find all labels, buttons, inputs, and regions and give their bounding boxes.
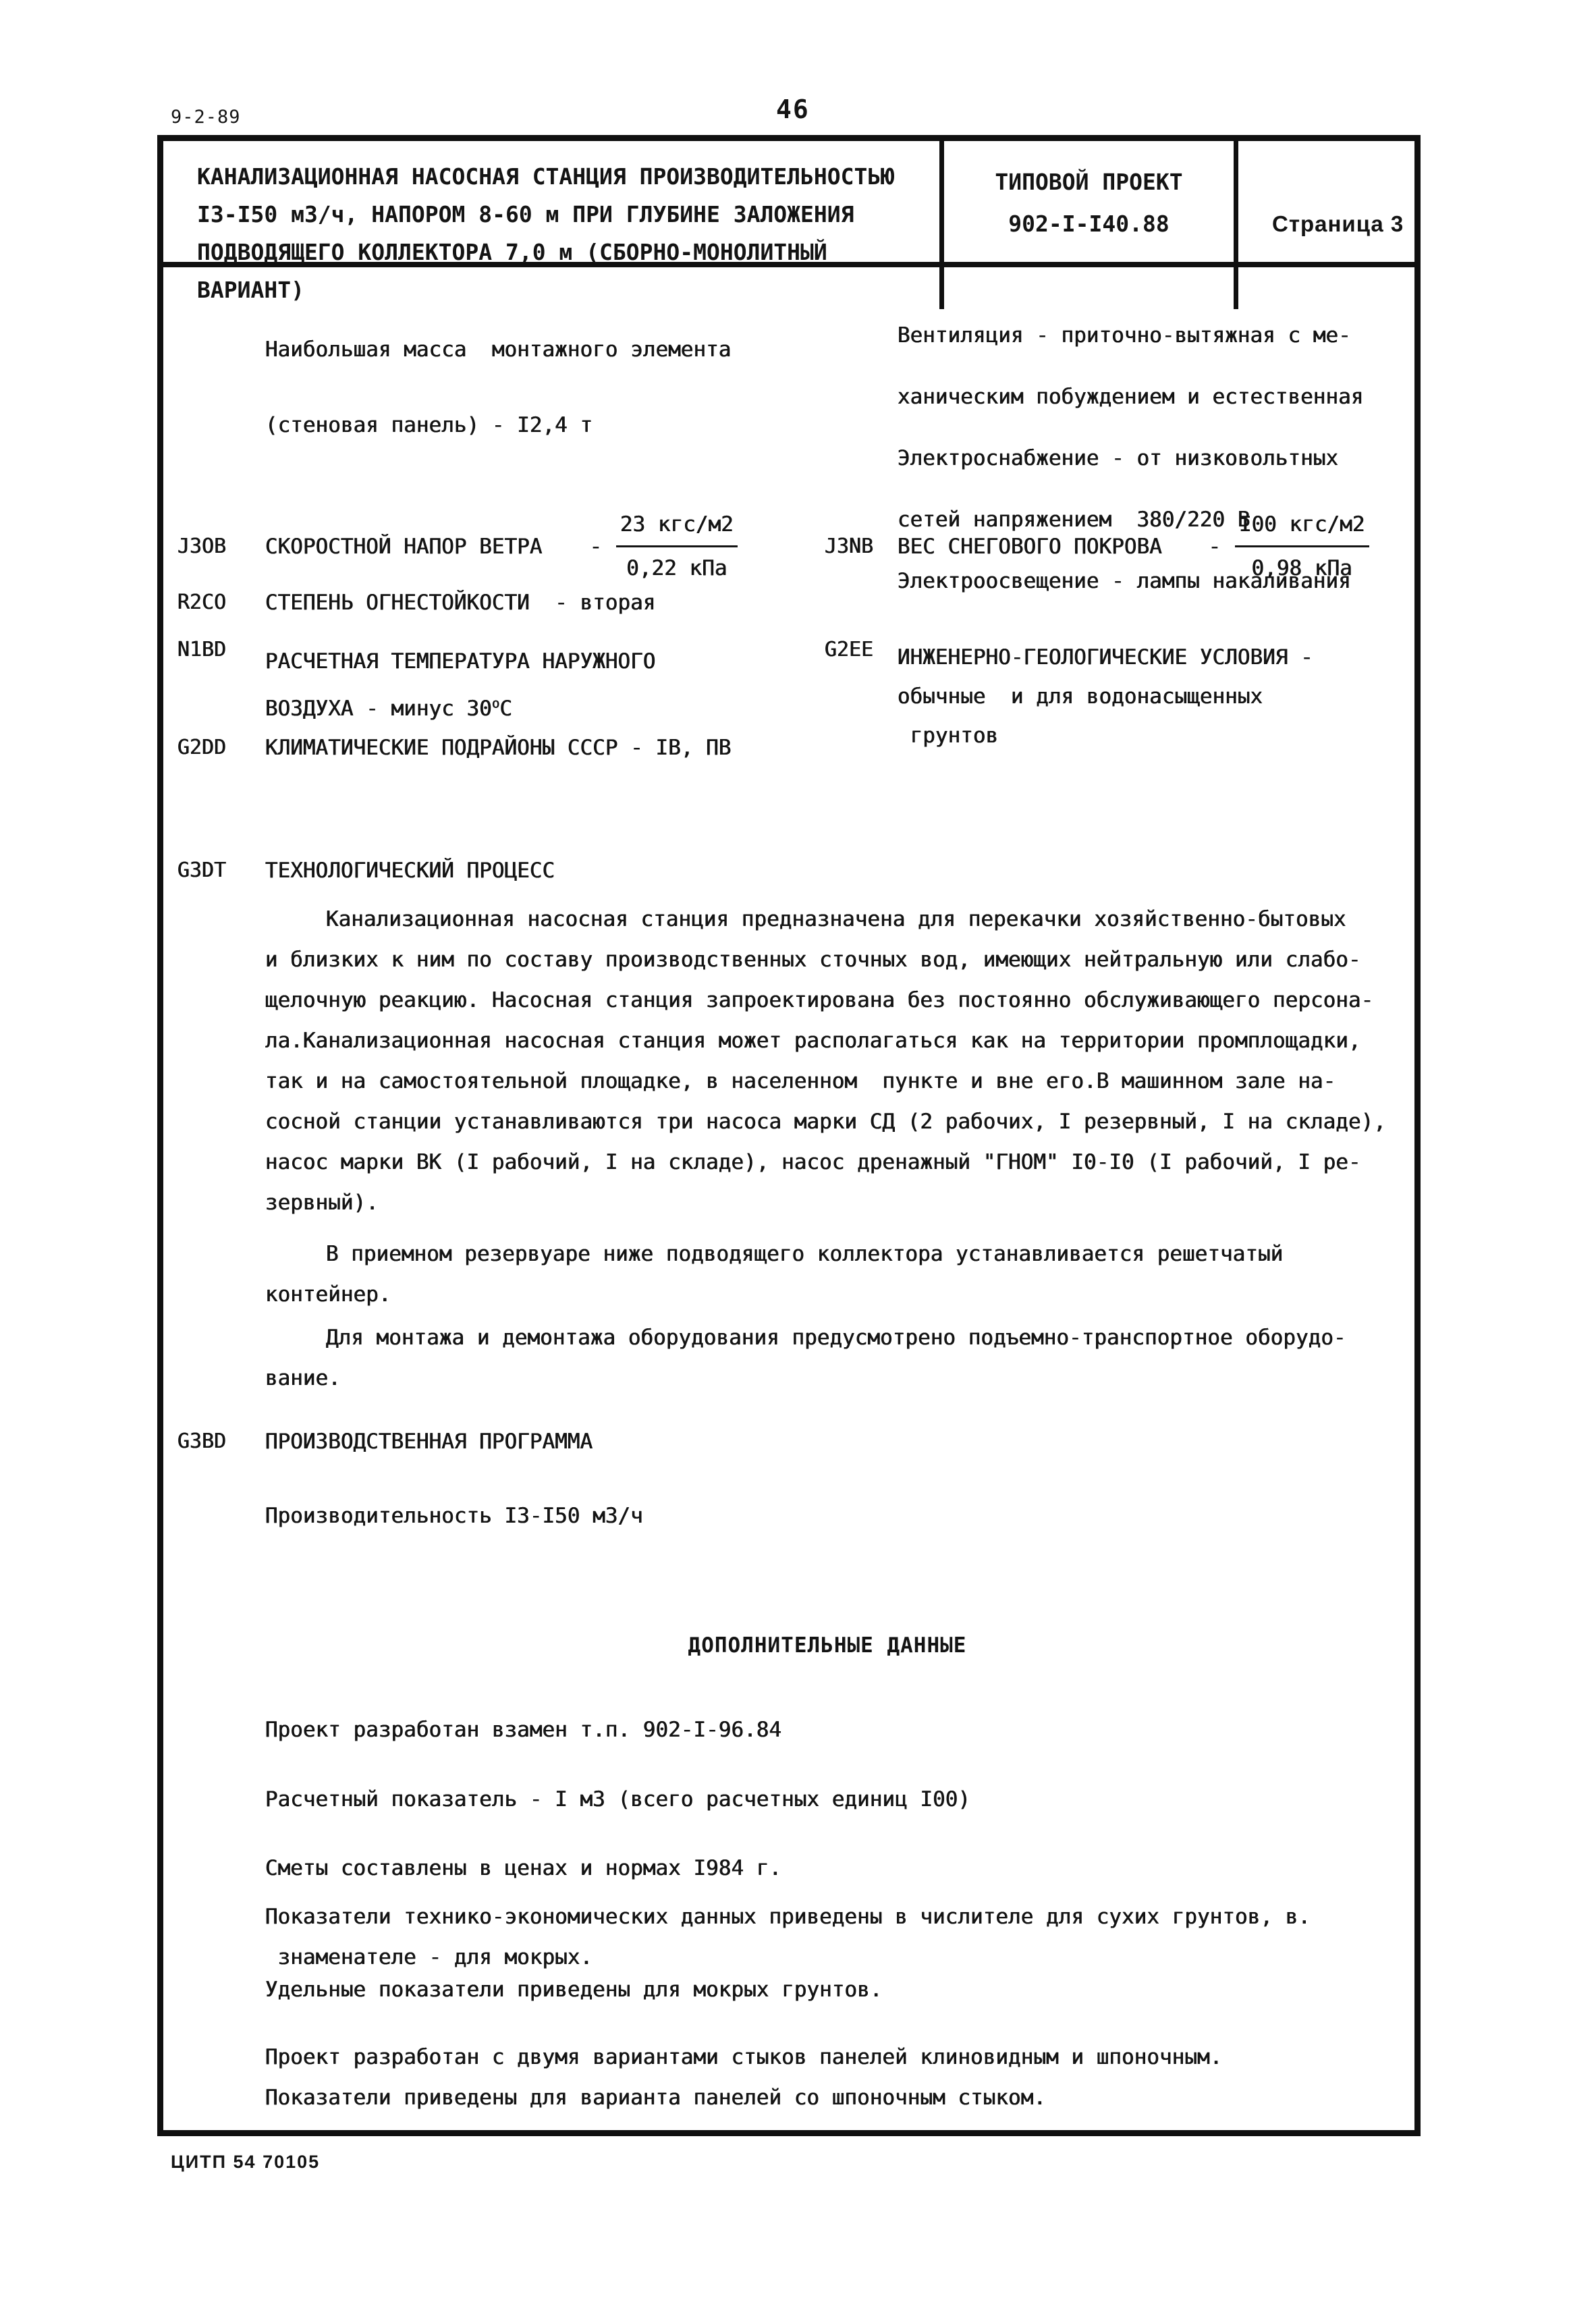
spec-label-snow: ВЕС СНЕГОВОГО ПОКРОВА: [898, 535, 1194, 559]
spec-dash-snow: -: [1194, 535, 1235, 559]
section-tech-process: G3DT ТЕХНОЛОГИЧЕСКИЙ ПРОЦЕСС: [177, 859, 555, 883]
spec-code-wind: J3OB: [177, 535, 265, 558]
page-label: Страница 3: [1234, 141, 1414, 309]
document-page: 9-2-89 46 КАНАЛИЗАЦИОННАЯ НАСОСНАЯ СТАНЦ…: [0, 0, 1596, 2313]
additional-item: Проект разработан с двумя вариантами сты…: [265, 2045, 1222, 2069]
temperature-value: ВОЗДУХА - минус 30: [265, 697, 492, 721]
spec-code-climate: G2DD: [177, 736, 265, 759]
footer-code: ЦИТП 54 70105: [171, 2152, 320, 2173]
date-code: 9-2-89: [171, 107, 241, 128]
project-number: 902-I-I40.88: [944, 203, 1234, 245]
fraction-numerator: I00 кгс/м2: [1235, 508, 1369, 547]
spec-label-wind: СКОРОСТНОЙ НАПОР ВЕТРА: [265, 535, 576, 559]
additional-item: Показатели приведены для варианта панеле…: [265, 2086, 1046, 2110]
degree-sign: о: [492, 696, 500, 711]
spec-code-geology: G2EE: [825, 638, 898, 661]
spec-row-fire: R2CO СТЕПЕНЬ ОГНЕСТОЙКОСТИ - вторая: [177, 591, 656, 615]
section-code-tech-process: G3DT: [177, 859, 265, 882]
page-number: 46: [776, 94, 810, 124]
additional-item: Расчетный показатель - I м3 (всего расче…: [265, 1787, 970, 1812]
summary-left: Наибольшая масса монтажного элемента (ст…: [265, 312, 732, 463]
header-table: КАНАЛИЗАЦИОННАЯ НАСОСНАЯ СТАНЦИЯ ПРОИЗВО…: [157, 135, 1421, 267]
temperature-line2: ВОЗДУХА - минус 30оС: [265, 685, 656, 732]
project-cell: ТИПОВОЙ ПРОЕКТ 902-I-I40.88: [939, 141, 1234, 309]
temperature-unit: С: [500, 697, 513, 721]
spec-text-fire: СТЕПЕНЬ ОГНЕСТОЙКОСТИ - вторая: [265, 591, 656, 615]
additional-item: Сметы составлены в ценах и нормах I984 г…: [265, 1856, 781, 1880]
production-capacity: Производительность I3-I50 м3/ч: [265, 1504, 643, 1528]
additional-item: Проект разработан взамен т.п. 902-I-96.8…: [265, 1718, 781, 1742]
additional-item: Показатели технико-экономических данных …: [265, 1897, 1406, 1978]
spec-row-climate: G2DD КЛИМАТИЧЕСКИЕ ПОДРАЙОНЫ СССР - IВ, …: [177, 736, 732, 760]
spec-row-wind: J3OB СКОРОСТНОЙ НАПОР ВЕТРА - 23 кгс/м2 …: [177, 508, 738, 585]
spec-text-climate: КЛИМАТИЧЕСКИЕ ПОДРАЙОНЫ СССР - IВ, ПВ: [265, 736, 732, 760]
spec-row-snow: J3NB ВЕС СНЕГОВОГО ПОКРОВА - I00 кгс/м2 …: [825, 508, 1369, 585]
section-production-program: G3BD ПРОИЗВОДСТВЕННАЯ ПРОГРАММА: [177, 1430, 593, 1454]
additional-data-heading: ДОПОЛНИТЕЛЬНЫЕ ДАННЫЕ: [196, 1633, 1459, 1658]
spec-code-snow: J3NB: [825, 535, 898, 558]
section-heading-production: ПРОИЗВОДСТВЕННАЯ ПРОГРАММА: [265, 1430, 593, 1454]
fraction-denominator: 0,98 кПа: [1235, 547, 1369, 585]
project-label: ТИПОВОЙ ПРОЕКТ: [944, 161, 1234, 203]
spec-row-geology: G2EE ИНЖЕНЕРНО-ГЕОЛОГИЧЕСКИЕ УСЛОВИЯ - о…: [825, 638, 1313, 755]
fraction-numerator: 23 кгс/м2: [616, 508, 738, 547]
spec-fraction-snow: I00 кгс/м2 0,98 кПа: [1235, 508, 1369, 585]
fraction-denominator: 0,22 кПа: [616, 547, 738, 585]
additional-item: Удельные показатели приведены для мокрых…: [265, 1978, 883, 2002]
spec-text-temperature: РАСЧЕТНАЯ ТЕМПЕРАТУРА НАРУЖНОГО ВОЗДУХА …: [265, 638, 656, 732]
spec-code-temperature: N1BD: [177, 638, 265, 661]
tech-process-paragraph-2: В приемном резервуаре ниже подводящего к…: [265, 1234, 1406, 1315]
spec-fraction-wind: 23 кгс/м2 0,22 кПа: [616, 508, 738, 585]
tech-process-paragraph-3: Для монтажа и демонтажа оборудования пре…: [265, 1317, 1406, 1398]
document-title: КАНАЛИЗАЦИОННАЯ НАСОСНАЯ СТАНЦИЯ ПРОИЗВО…: [163, 141, 939, 309]
spec-dash-wind: -: [576, 535, 616, 559]
temperature-line1: РАСЧЕТНАЯ ТЕМПЕРАТУРА НАРУЖНОГО: [265, 638, 656, 685]
spec-text-geology: ИНЖЕНЕРНО-ГЕОЛОГИЧЕСКИЕ УСЛОВИЯ - обычны…: [898, 638, 1313, 755]
tech-process-paragraph-1: Канализационная насосная станция предназ…: [265, 899, 1406, 1223]
spec-row-temperature: N1BD РАСЧЕТНАЯ ТЕМПЕРАТУРА НАРУЖНОГО ВОЗ…: [177, 638, 656, 732]
spec-code-fire: R2CO: [177, 591, 265, 614]
section-heading-tech-process: ТЕХНОЛОГИЧЕСКИЙ ПРОЦЕСС: [265, 859, 555, 883]
section-code-production: G3BD: [177, 1430, 265, 1453]
